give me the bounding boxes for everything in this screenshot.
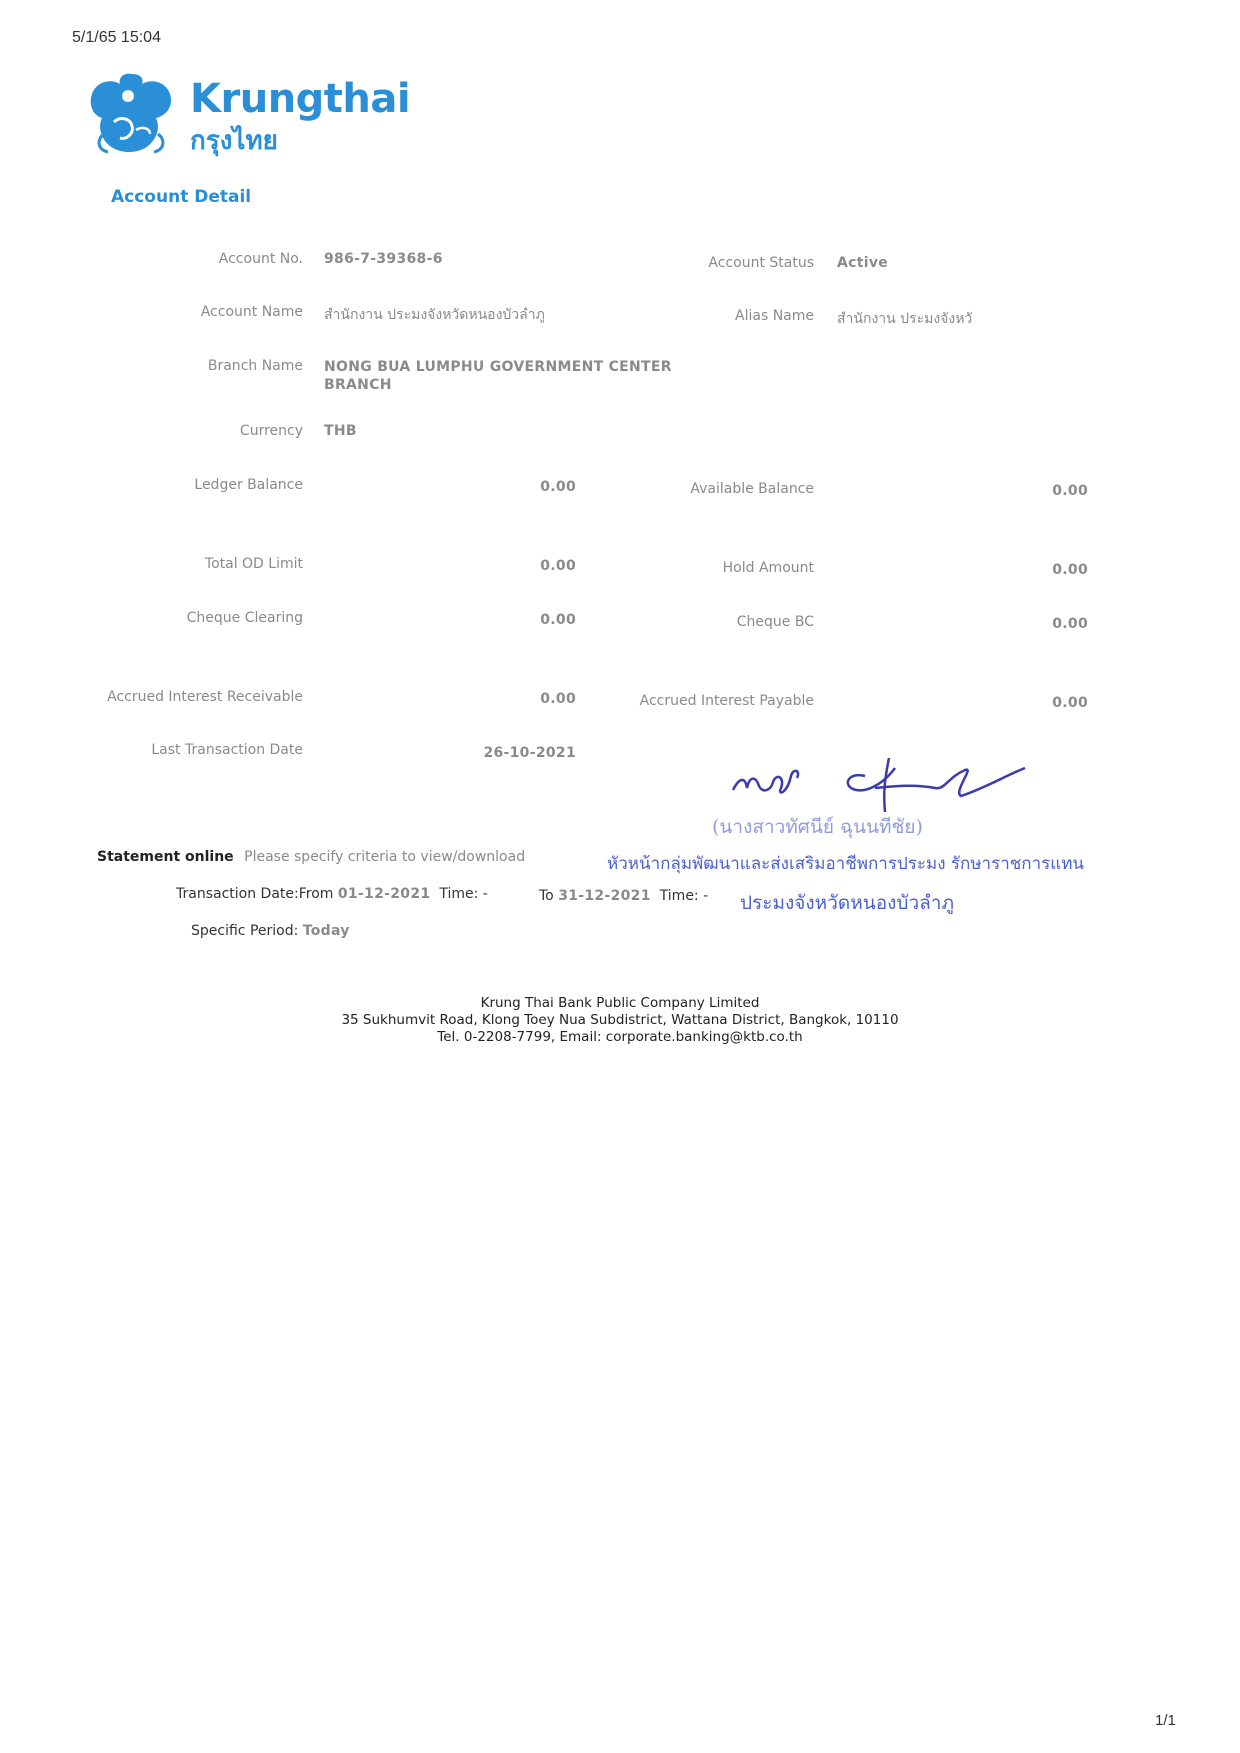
account-name-value: สำนักงาน ประมงจังหวัดหนองบัวลำภู [324,304,545,326]
last-transaction-date-label: Last Transaction Date [151,742,303,758]
hold-amount-value: 0.00 [1052,562,1088,578]
stamp-signatory-position: หัวหน้ากลุ่มพัฒนาและส่งเสริมอาชีพการประม… [607,850,1084,877]
accrued-interest-receivable-value: 0.00 [540,691,576,707]
handwritten-signature-icon [725,748,1035,818]
branch-name-line1: NONG BUA LUMPHU GOVERNMENT CENTER [324,359,672,375]
from-label: From [299,886,334,902]
specific-period-value: Today [303,923,350,939]
accrued-interest-payable-label: Accrued Interest Payable [640,693,814,709]
statement-online-header: Statement online Please specify criteria… [97,849,525,865]
footer-contact: Tel. 0-2208-7799, Email: corporate.banki… [0,1029,1240,1046]
statement-online-hint: Please specify criteria to view/download [244,849,525,865]
bank-footer: Krung Thai Bank Public Company Limited 3… [0,995,1240,1046]
to-date-value: 31-12-2021 [558,888,651,904]
cheque-bc-value: 0.00 [1052,616,1088,632]
from-time-label: Time: [439,886,478,902]
account-no-label: Account No. [219,251,303,267]
garuda-logo-icon [86,68,178,158]
alias-name-label: Alias Name [735,308,814,324]
section-title: Account Detail [111,187,251,207]
currency-value: THB [324,423,357,439]
stamp-organization: ประมงจังหวัดหนองบัวลำภู [740,888,954,918]
page-number: 1/1 [1155,1712,1176,1729]
statement-online-title: Statement online [97,849,234,865]
ledger-balance-value: 0.00 [540,479,576,495]
print-timestamp: 5/1/65 15:04 [72,29,161,47]
total-od-limit-label: Total OD Limit [205,556,303,572]
cheque-clearing-label: Cheque Clearing [187,610,303,626]
specific-period-criteria: Specific Period: Today [191,923,350,939]
account-status-label: Account Status [708,255,814,271]
hold-amount-label: Hold Amount [723,560,814,576]
branch-name-line2: BRANCH [324,377,392,393]
krungthai-logo: Krungthai กรุงไทย [86,68,386,158]
account-status-value: Active [837,255,888,271]
accrued-interest-receivable-label: Accrued Interest Receivable [107,689,303,705]
brand-name-th: กรุงไทย [190,120,278,161]
from-date-value: 01-12-2021 [338,886,431,902]
currency-label: Currency [240,423,303,439]
stamp-signatory-name: (นางสาวทัศนีย์ ฉุนนทีชัย) [712,812,923,842]
total-od-limit-value: 0.00 [540,558,576,574]
statement-to-criteria: To 31-12-2021 Time: - [539,888,708,904]
cheque-bc-label: Cheque BC [737,614,814,630]
cheque-clearing-value: 0.00 [540,612,576,628]
branch-name-label: Branch Name [208,358,303,374]
last-transaction-date-value: 26-10-2021 [483,745,576,761]
ledger-balance-label: Ledger Balance [194,477,303,493]
account-name-label: Account Name [201,304,303,320]
available-balance-label: Available Balance [690,481,814,497]
to-time-label: Time: [660,888,699,904]
alias-name-value: สำนักงาน ประมงจังหวั [837,308,972,330]
brand-name-en: Krungthai [190,76,410,122]
to-time-value: - [703,888,708,904]
specific-period-label: Specific Period: [191,923,298,939]
footer-company: Krung Thai Bank Public Company Limited [0,995,1240,1012]
statement-from-criteria: Transaction Date:From 01-12-2021 Time: - [176,886,488,902]
transaction-date-label: Transaction Date: [176,886,299,902]
from-time-value: - [483,886,488,902]
account-no-value: 986-7-39368-6 [324,251,443,267]
to-label: To [539,888,554,904]
footer-address: 35 Sukhumvit Road, Klong Toey Nua Subdis… [0,1012,1240,1029]
accrued-interest-payable-value: 0.00 [1052,695,1088,711]
available-balance-value: 0.00 [1052,483,1088,499]
